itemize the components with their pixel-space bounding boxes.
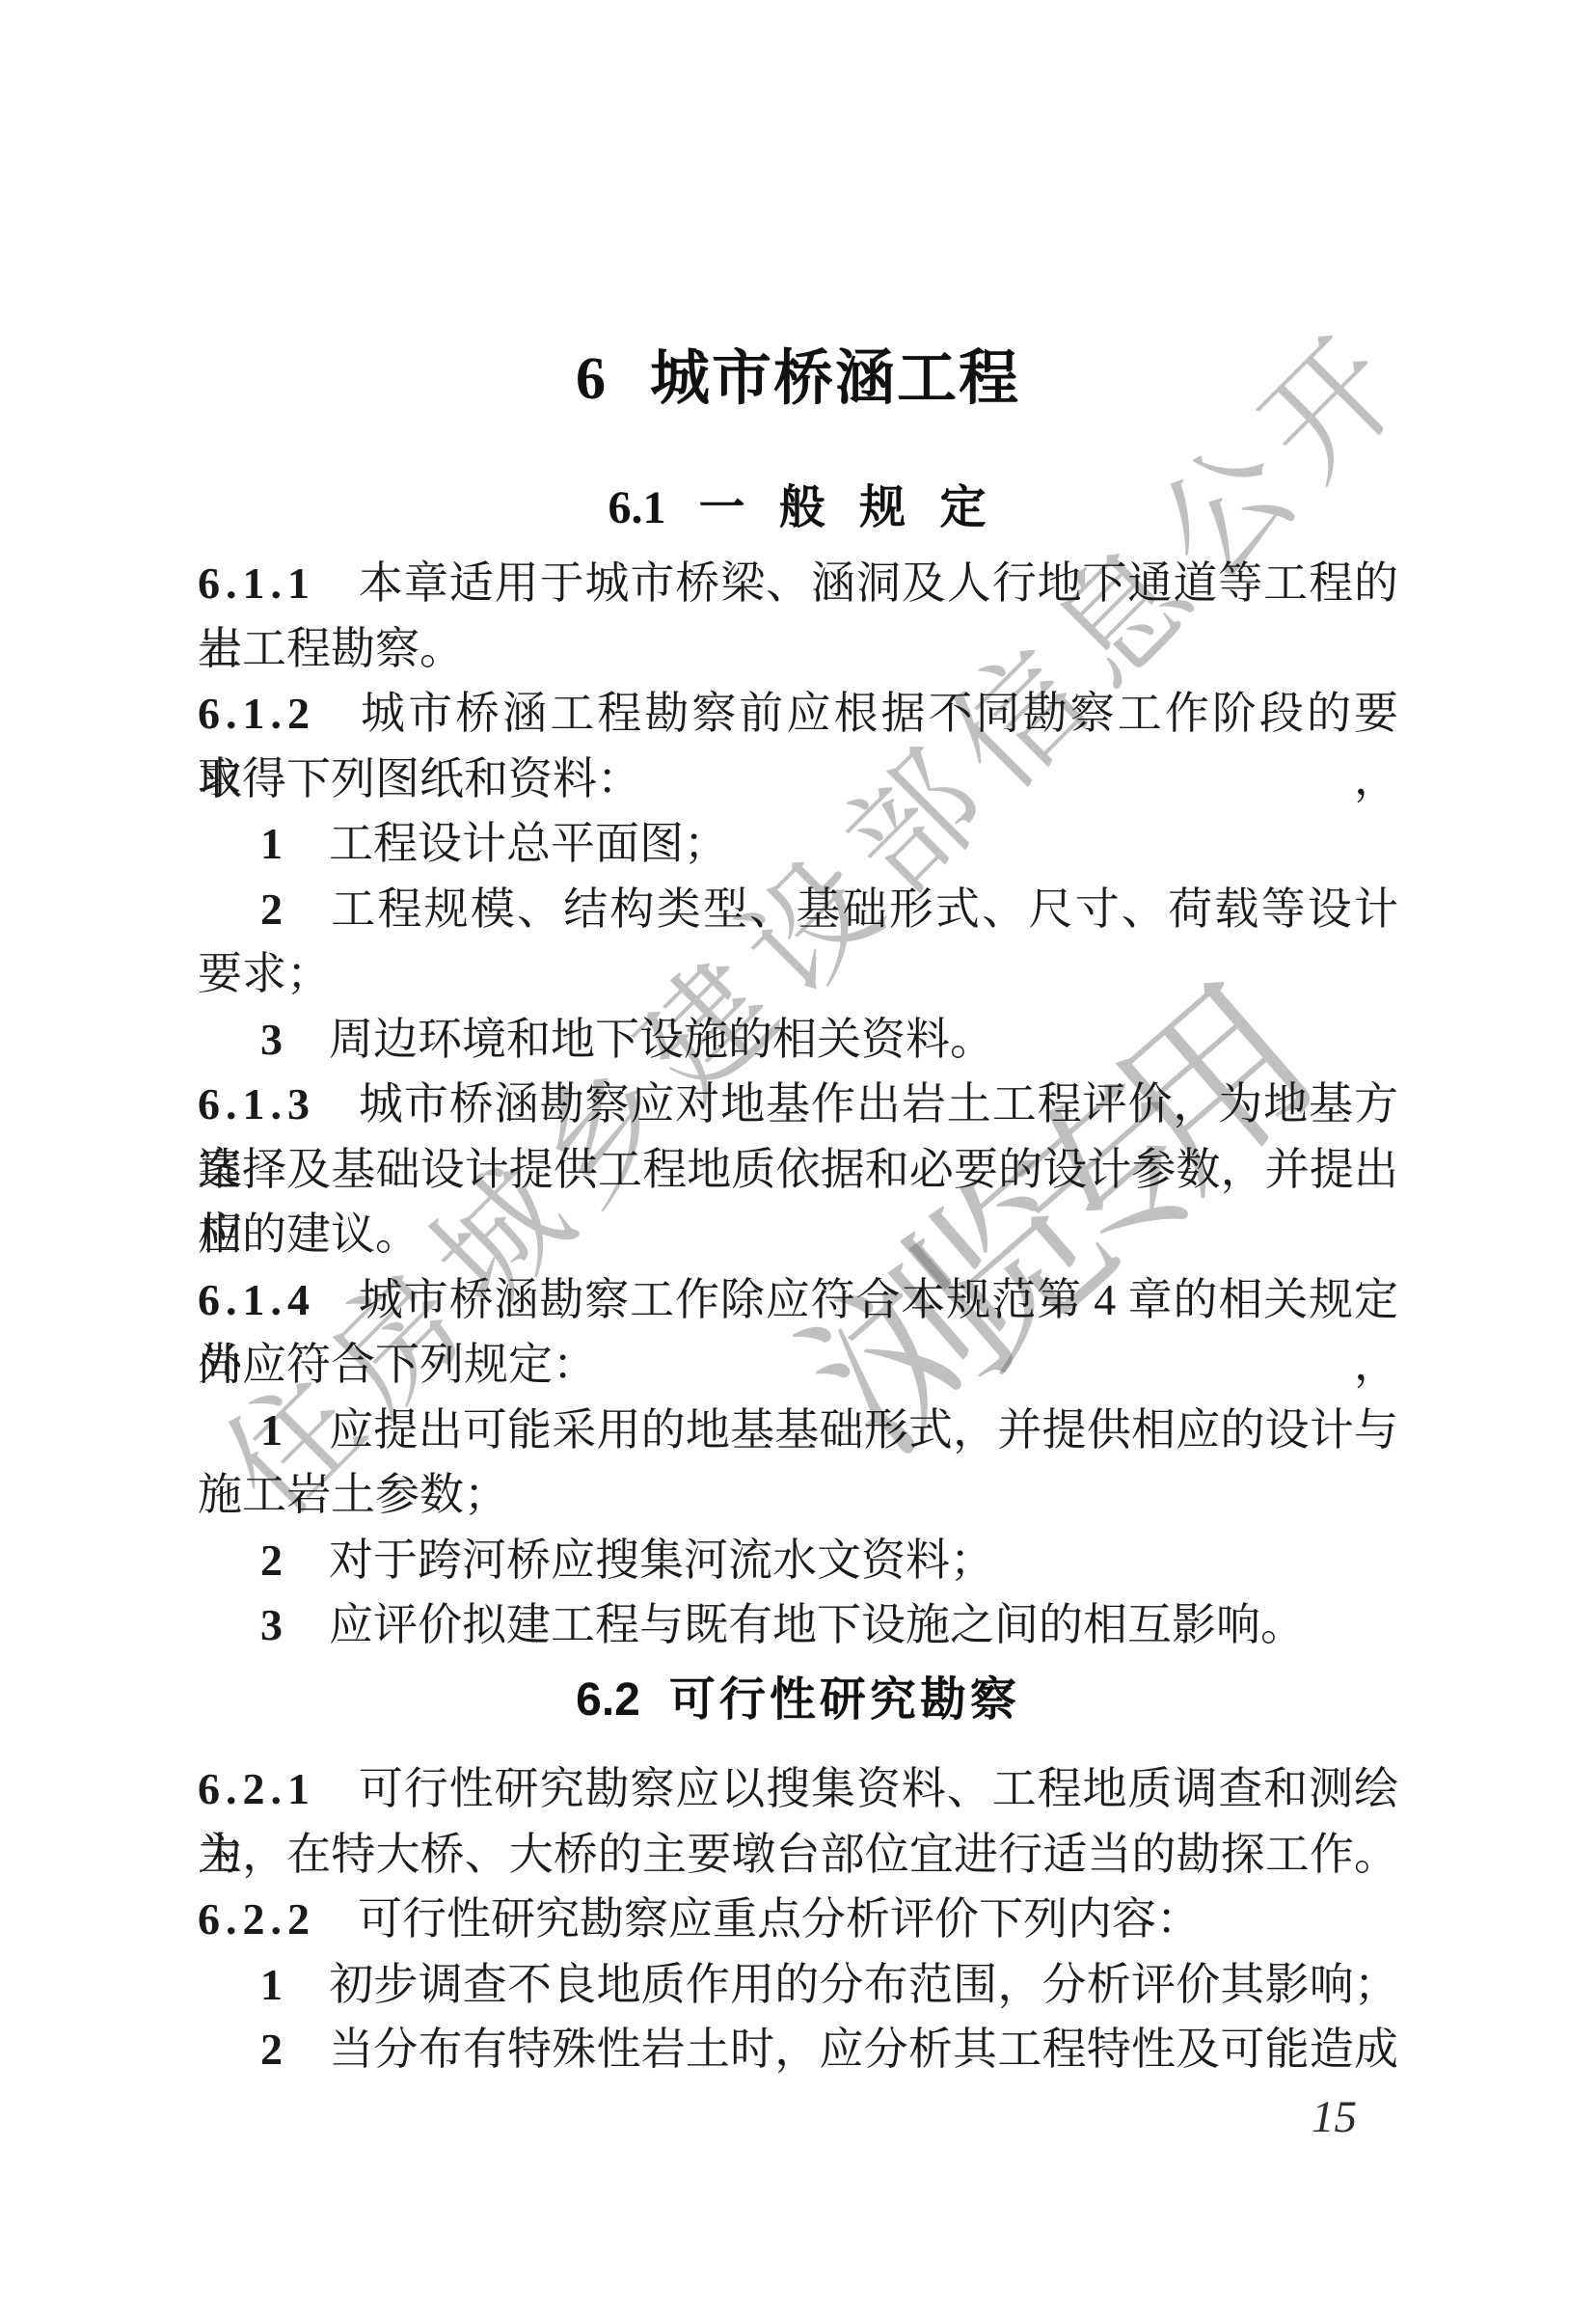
line-text: 取得下列图纸和资料： <box>198 754 641 803</box>
section-6-1-heading: 6.1一 般 规 定 <box>0 482 1596 534</box>
continuation-line: 施工岩土参数； <box>198 1462 1398 1528</box>
clause-line: 6.2.2可行性研究勘察应重点分析评价下列内容： <box>198 1887 1398 1952</box>
continuation-line: 应的建议。 <box>198 1202 1398 1267</box>
clause-line: 6.1.2城市桥涵工程勘察前应根据不同勘察工作阶段的要求， <box>198 681 1398 747</box>
clause-line: 6.1.1本章适用于城市桥梁、涵洞及人行地下通道等工程的岩 <box>198 551 1398 616</box>
clause-line: 6.1.3城市桥涵勘察应对地基作出岩土工程评价，为地基方案 <box>198 1072 1398 1137</box>
item-line: 2当分布有特殊性岩土时，应分析其工程特性及可能造成 <box>198 2017 1398 2082</box>
line-text: 要求； <box>198 949 331 998</box>
line-text: 应评价拟建工程与既有地下设施之间的相互影响。 <box>329 1600 1305 1649</box>
item-line: 1工程设计总平面图； <box>198 811 1398 877</box>
clause-line: 6.1.4城市桥涵勘察工作除应符合本规范第 4 章的相关规定外， <box>198 1267 1398 1333</box>
item-number: 2 <box>260 2025 283 2074</box>
line-text: 可行性研究勘察应重点分析评价下列内容： <box>358 1894 1201 1944</box>
item-number: 3 <box>260 1600 283 1649</box>
heading-title: 可行性研究勘察 <box>669 1674 1020 1726</box>
item-number: 1 <box>260 1405 283 1455</box>
clause-number: 6.1.1 <box>198 558 315 608</box>
chapter-heading: 6城市桥涵工程 <box>0 345 1596 413</box>
clause-number: 6.1.4 <box>198 1275 315 1324</box>
section-6-1-title: 一 般 规 定 <box>698 482 987 533</box>
item-number: 3 <box>260 1015 283 1064</box>
line-text: 应的建议。 <box>198 1210 419 1259</box>
clause-number: 6.2.2 <box>198 1894 315 1944</box>
clause-line: 6.2.1可行性研究勘察应以搜集资料、工程地质调查和测绘为 <box>198 1756 1398 1822</box>
continuation-line: 主，在特大桥、大桥的主要墩台部位宜进行适当的勘探工作。 <box>198 1822 1398 1888</box>
clause-number: 6.1.3 <box>198 1079 315 1128</box>
item-number: 2 <box>260 1536 283 1585</box>
item-line: 1初步调查不良地质作用的分布范围，分析评价其影响； <box>198 1952 1398 2018</box>
line-text: 当分布有特殊性岩土时，应分析其工程特性及可能造成 <box>329 2025 1398 2074</box>
item-number: 2 <box>260 884 283 934</box>
line-text: 土工程勘察。 <box>198 624 464 673</box>
item-line: 2工程规模、结构类型、基础形式、尺寸、荷载等设计 <box>198 877 1398 942</box>
line-text: 尚应符合下列规定： <box>198 1340 597 1389</box>
line-text: 工程设计总平面图； <box>329 819 728 868</box>
line-text: 初步调查不良地质作用的分布范围，分析评价其影响； <box>329 1960 1398 2009</box>
section-heading: 6.2可行性研究勘察 <box>198 1668 1398 1733</box>
heading-number: 6.2 <box>576 1674 640 1726</box>
line-text: 主，在特大桥、大桥的主要墩台部位宜进行适当的勘探工作。 <box>198 1830 1398 1879</box>
item-number: 1 <box>260 819 283 868</box>
line-text: 应提出可能采用的地基基础形式，并提供相应的设计与 <box>329 1405 1398 1455</box>
clause-number: 6.1.2 <box>198 689 315 738</box>
chapter-title-text: 城市桥涵工程 <box>650 346 1020 412</box>
document-page: 住房城乡建设部信息公开 浏览专用 6城市桥涵工程 6.1一 般 规 定 6.1.… <box>0 0 1596 2311</box>
line-text: 施工岩土参数； <box>198 1470 508 1519</box>
continuation-line: 土工程勘察。 <box>198 616 1398 682</box>
chapter-number: 6 <box>576 346 606 412</box>
item-number: 1 <box>260 1960 283 2009</box>
continuation-line: 选择及基础设计提供工程地质依据和必要的设计参数，并提出相 <box>198 1137 1398 1203</box>
page-number: 15 <box>1312 2091 1357 2143</box>
body-text: 6.1.1本章适用于城市桥梁、涵洞及人行地下通道等工程的岩土工程勘察。6.1.2… <box>198 551 1398 2082</box>
section-6-1-number: 6.1 <box>608 482 665 533</box>
line-text: 工程规模、结构类型、基础形式、尺寸、荷载等设计 <box>329 884 1398 934</box>
item-line: 1应提出可能采用的地基基础形式，并提供相应的设计与 <box>198 1398 1398 1463</box>
line-text: 周边环境和地下设施的相关资料。 <box>329 1015 994 1064</box>
item-line: 3应评价拟建工程与既有地下设施之间的相互影响。 <box>198 1592 1398 1658</box>
continuation-line: 要求； <box>198 941 1398 1007</box>
clause-number: 6.2.1 <box>198 1764 315 1813</box>
item-line: 2对于跨河桥应搜集河流水文资料； <box>198 1528 1398 1593</box>
line-text: 对于跨河桥应搜集河流水文资料； <box>329 1536 994 1585</box>
item-line: 3周边环境和地下设施的相关资料。 <box>198 1007 1398 1073</box>
